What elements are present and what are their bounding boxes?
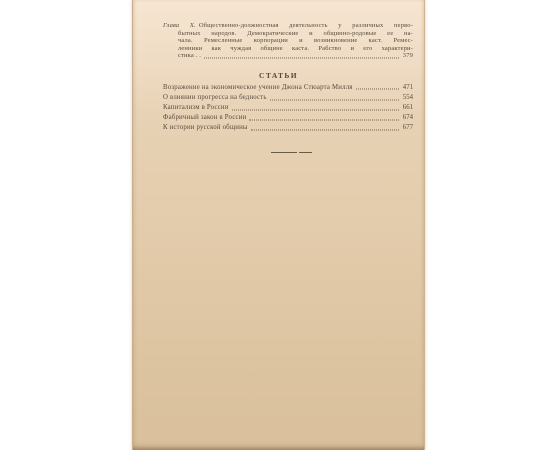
section-heading: СТАТЬИ [133, 71, 424, 80]
toc-entry: О влиянии прогресса на бедность 554 [163, 94, 413, 101]
dot-leader [270, 99, 399, 100]
chapter-line-text: Общественно-должностная деятельность у р… [199, 22, 413, 29]
dot-leader [232, 109, 399, 110]
page-number: 661 [402, 104, 413, 111]
separator-dash [271, 152, 312, 153]
article-title: Фабричный закон в России [163, 114, 246, 121]
page-number: 554 [402, 94, 413, 101]
article-title: Капитализм в России [163, 104, 229, 111]
chapter-label: Глава X. [163, 22, 199, 29]
separator-segment [299, 152, 312, 153]
toc-chapter-line: бытных народов. Демократические и общинн… [178, 30, 413, 38]
photo-background: Глава X.Общественно-должностная деятельн… [0, 0, 550, 450]
separator-segment [271, 152, 297, 153]
page-number: 379 [402, 52, 413, 60]
toc-entry: Фабричный закон в России 674 [163, 114, 413, 121]
toc-chapter-line: чала. Ремесленные корпорации и возникнов… [178, 37, 413, 45]
toc-entry: Возражение на экономическое учение Джона… [163, 84, 413, 91]
book-page: Глава X.Общественно-должностная деятельн… [132, 0, 425, 450]
page-number: 471 [402, 84, 413, 91]
dot-leader [204, 57, 399, 58]
toc-chapter-line: Глава X.Общественно-должностная деятельн… [163, 22, 413, 30]
article-title: К истории русской общины [163, 124, 248, 131]
page-number: 674 [402, 114, 413, 121]
toc-chapter-entry: Глава X.Общественно-должностная деятельн… [163, 22, 413, 60]
page-number: 677 [402, 124, 413, 131]
toc-entry: Капитализм в России 661 [163, 104, 413, 111]
dot-leader [249, 119, 399, 120]
toc-entry: К истории русской общины 677 [163, 124, 413, 131]
toc-chapter-line: ленники как чуждая общине каста. Рабство… [178, 45, 413, 53]
articles-list: Возражение на экономическое учение Джона… [163, 84, 413, 134]
article-title: О влиянии прогресса на бедность [163, 94, 267, 101]
dot-leader [356, 89, 399, 90]
dot-leader [251, 129, 399, 130]
toc-chapter-lastline: стика . . 379 [178, 52, 413, 60]
article-title: Возражение на экономическое учение Джона… [163, 84, 353, 91]
chapter-line-text: стика . . [178, 52, 201, 60]
